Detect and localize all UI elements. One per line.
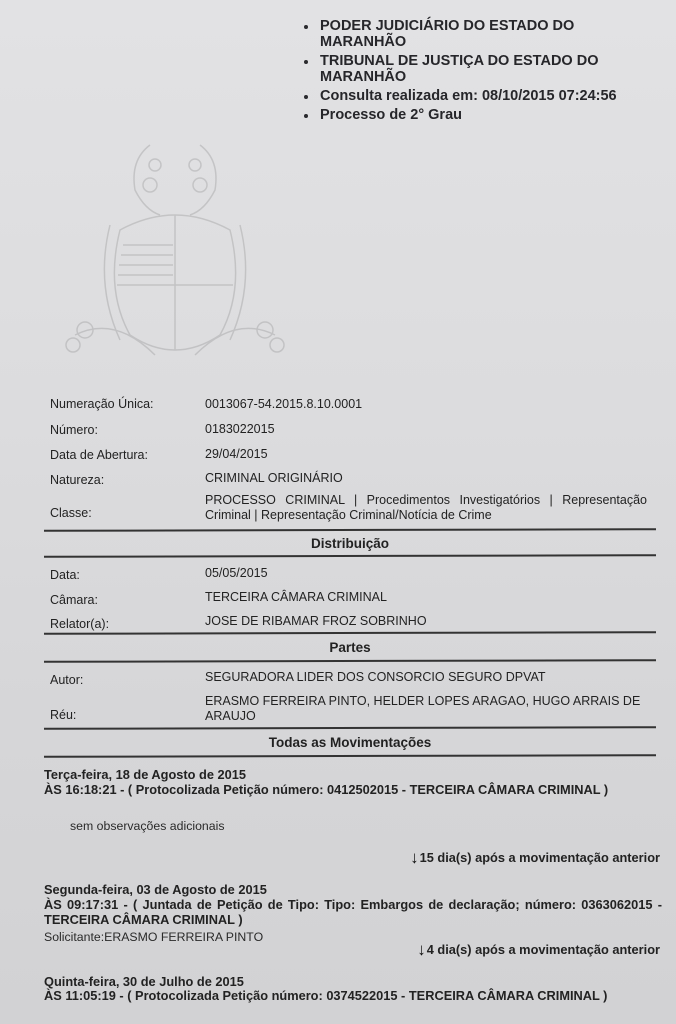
movement-description: ÀS 16:18:21 - ( Protocolizada Petição nú… xyxy=(44,782,662,797)
camara-label: Câmara: xyxy=(50,593,98,607)
autor-value: SEGURADORA LIDER DOS CONSORCIO SEGURO DP… xyxy=(205,670,546,684)
distribuicao-data-label: Data: xyxy=(50,568,80,582)
header-list: PODER JUDICIÁRIO DO ESTADO DO MARANHÃO T… xyxy=(300,18,640,126)
divider xyxy=(44,554,656,557)
classe-value: PROCESSO CRIMINAL | Procedimentos Invest… xyxy=(205,493,647,523)
movement-gap-text: 15 dia(s) após a movimentação anterior xyxy=(420,850,660,865)
movement-description: ÀS 09:17:31 - ( Juntada de Petição de Ti… xyxy=(44,897,662,927)
divider xyxy=(44,754,656,757)
natureza-value: CRIMINAL ORIGINÁRIO xyxy=(205,471,343,485)
header-item-grau: Processo de 2° Grau xyxy=(300,107,640,123)
natureza-label: Natureza: xyxy=(50,473,104,487)
numeracao-unica-label: Numeração Única: xyxy=(50,397,154,411)
coat-of-arms-watermark-icon xyxy=(55,135,295,375)
document-page: PODER JUDICIÁRIO DO ESTADO DO MARANHÃO T… xyxy=(0,0,676,1024)
divider xyxy=(44,726,656,729)
movement-requester: Solicitante:ERASMO FERREIRA PINTO xyxy=(44,930,263,944)
arrow-down-icon: ↓ xyxy=(410,849,419,866)
relator-value: JOSE DE RIBAMAR FROZ SOBRINHO xyxy=(205,614,427,628)
reu-value: ERASMO FERREIRA PINTO, HELDER LOPES ARAG… xyxy=(205,694,647,724)
reu-label: Réu: xyxy=(50,708,76,722)
numero-label: Número: xyxy=(50,423,98,437)
header-item-tribunal: TRIBUNAL DE JUSTIÇA DO ESTADO DO MARANHÃ… xyxy=(300,53,640,85)
numero-value: 0183022015 xyxy=(205,422,275,436)
divider xyxy=(44,528,656,531)
movimentacoes-title: Todas as Movimentações xyxy=(44,735,656,750)
numeracao-unica-value: 0013067-54.2015.8.10.0001 xyxy=(205,397,362,411)
movement-date: Terça-feira, 18 de Agosto de 2015 xyxy=(44,767,246,782)
header-item-consulta: Consulta realizada em: 08/10/2015 07:24:… xyxy=(300,88,640,104)
movement-gap: ↓ 15 dia(s) após a movimentação anterior xyxy=(410,849,660,866)
movement-description: ÀS 11:05:19 - ( Protocolizada Petição nú… xyxy=(44,988,662,1003)
classe-label: Classe: xyxy=(50,506,92,520)
autor-label: Autor: xyxy=(50,673,83,687)
arrow-down-icon: ↓ xyxy=(417,941,426,958)
movement-gap-text: 4 dia(s) após a movimentação anterior xyxy=(427,942,660,957)
movement-gap: ↓ 4 dia(s) após a movimentação anterior xyxy=(417,941,660,958)
relator-label: Relator(a): xyxy=(50,617,109,631)
divider xyxy=(44,659,656,662)
movement-date: Quinta-feira, 30 de Julho de 2015 xyxy=(44,974,244,989)
camara-value: TERCEIRA CÂMARA CRIMINAL xyxy=(205,590,387,604)
header-item-poder: PODER JUDICIÁRIO DO ESTADO DO MARANHÃO xyxy=(300,18,640,50)
partes-title: Partes xyxy=(44,640,656,655)
data-abertura-value: 29/04/2015 xyxy=(205,447,268,461)
data-abertura-label: Data de Abertura: xyxy=(50,448,148,462)
divider xyxy=(44,631,656,634)
distribuicao-data-value: 05/05/2015 xyxy=(205,566,268,580)
movement-date: Segunda-feira, 03 de Agosto de 2015 xyxy=(44,882,267,897)
distribuicao-title: Distribuição xyxy=(44,536,656,551)
movement-note: sem observações adicionais xyxy=(70,819,224,833)
